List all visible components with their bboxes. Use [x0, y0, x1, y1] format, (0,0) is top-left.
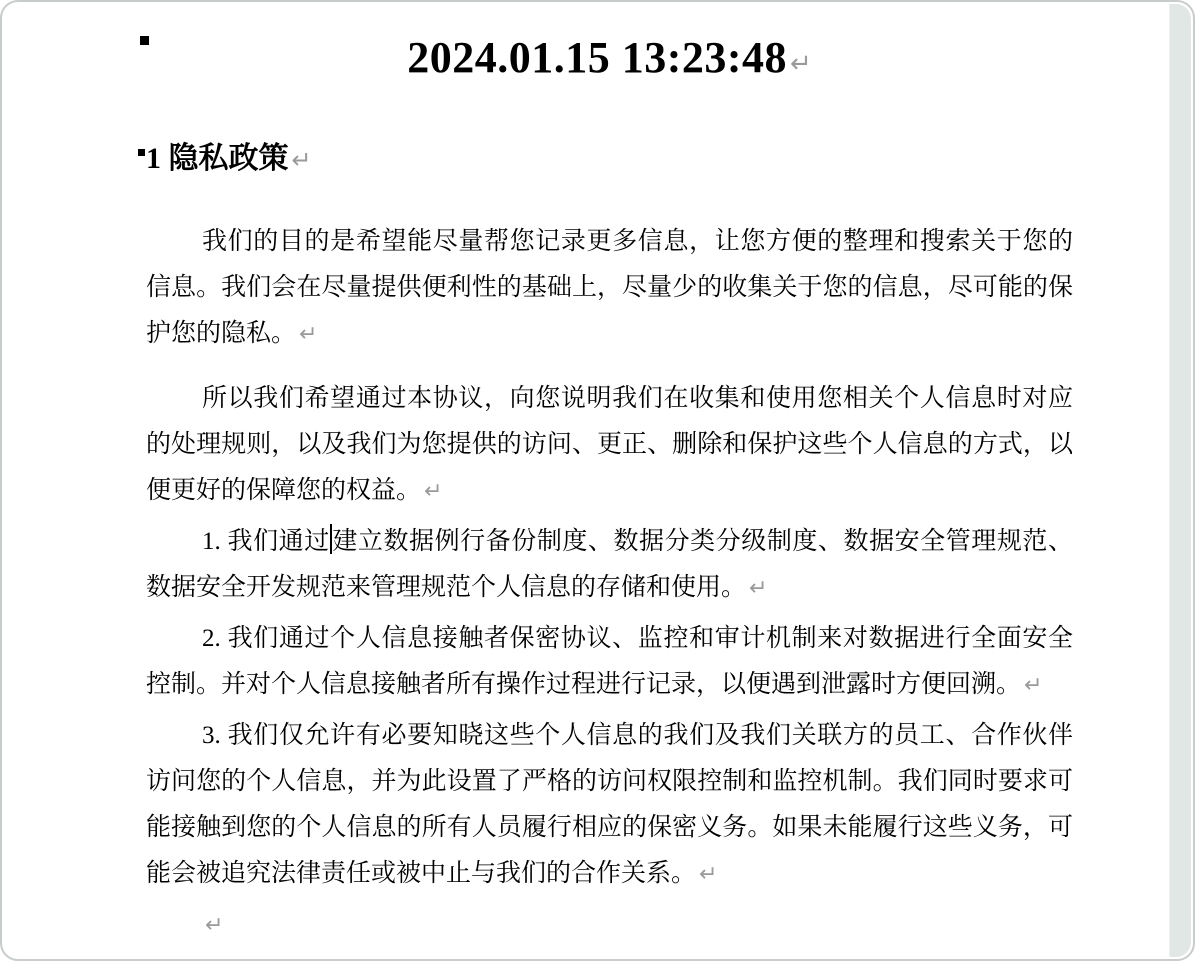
list-item-2[interactable]: 2. 我们通过个人信息接触者保密协议、监控和审计机制来对数据进行全面安全控制。并… [146, 616, 1073, 709]
paragraph-text: 1. 我们通过 [202, 528, 330, 555]
list-item-3[interactable]: 3. 我们仅允许有必要知晓这些个人信息的我们及我们关联方的员工、合作伙伴访问您的… [146, 713, 1073, 898]
list-item-1[interactable]: 1. 我们通过建立数据例行备份制度、数据分类分级制度、数据安全管理规范、数据安全… [146, 519, 1073, 612]
para-marker-square-icon [140, 36, 149, 45]
document-page[interactable]: 2024.01.15 13:23:48↵ 1 隐私政策↵ 我们的目的是希望能尽量… [2, 2, 1193, 959]
paragraph-text: 2. 我们通过个人信息接触者保密协议、监控和审计机制来对数据进行全面安全控制。并… [146, 625, 1073, 698]
scrollbar-track[interactable] [1169, 4, 1191, 957]
intro-paragraph-2[interactable]: 所以我们希望通过本协议，向您说明我们在收集和使用您相关个人信息时对应的处理规则，… [146, 376, 1073, 515]
privacy-policy-heading[interactable]: 1 隐私政策↵ [146, 136, 1073, 183]
document-window: 2024.01.15 13:23:48↵ 1 隐私政策↵ 我们的目的是希望能尽量… [0, 0, 1195, 961]
heading-text: 1 隐私政策 [146, 142, 289, 175]
intro-paragraph-1[interactable]: 我们的目的是希望能尽量帮您记录更多信息，让您方便的整理和搜索关于您的信息。我们会… [146, 219, 1073, 358]
paragraph-mark-icon: ↵ [699, 862, 717, 887]
empty-paragraph[interactable]: ↵ [146, 902, 1073, 949]
paragraph-text: 3. 我们仅允许有必要知晓这些个人信息的我们及我们关联方的员工、合作伙伴访问您的… [146, 722, 1073, 887]
paragraph-mark-icon: ↵ [424, 479, 442, 504]
paragraph-mark-icon: ↵ [292, 146, 312, 174]
paragraph-mark-icon: ↵ [749, 576, 767, 601]
timestamp-title: 2024.01.15 13:23:48 [407, 33, 787, 82]
paragraph-mark-icon: ↵ [790, 49, 812, 79]
paragraph-mark-icon: ↵ [1024, 673, 1042, 698]
paragraph-mark-icon: ↵ [299, 322, 317, 347]
para-marker-square-icon [138, 149, 145, 156]
timestamp-line[interactable]: 2024.01.15 13:23:48↵ [146, 35, 1073, 88]
paragraph-mark-icon: ↵ [205, 913, 223, 938]
paragraph-text: 我们的目的是希望能尽量帮您记录更多信息，让您方便的整理和搜索关于您的信息。我们会… [146, 228, 1073, 347]
paragraph-text: 所以我们希望通过本协议，向您说明我们在收集和使用您相关个人信息时对应的处理规则，… [146, 385, 1073, 504]
